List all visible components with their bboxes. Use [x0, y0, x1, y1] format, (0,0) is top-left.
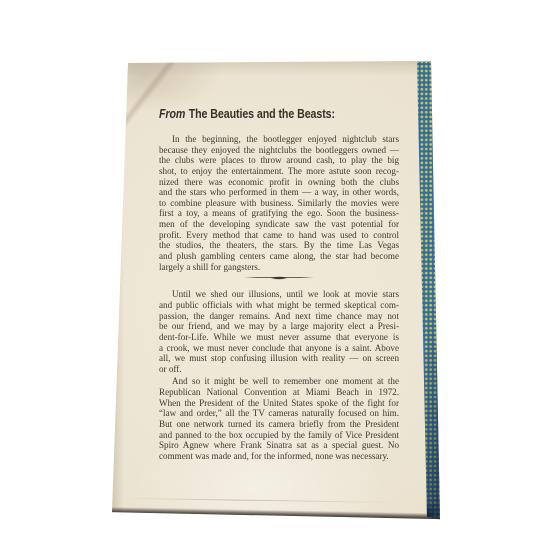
photo-scene: FromThe Beauties and the Beasts: In the … — [0, 0, 533, 533]
text-line: Until we shed our illusions, until we lo… — [159, 289, 399, 300]
text-line: the clubs were places to throw around ca… — [159, 155, 399, 166]
text-line-content: When the President of the United States … — [159, 398, 399, 409]
section-divider — [244, 276, 314, 279]
text-line-content: passion, the danger remains. And next ti… — [159, 311, 399, 322]
text-line: passion, the danger remains. And next ti… — [159, 311, 399, 322]
text-line: first a toy, a means of gratifying the e… — [159, 208, 399, 219]
text-line-content: and plush gambling centers came along, t… — [159, 251, 399, 262]
text-line-content: to combine pleasure with business. Simil… — [159, 198, 399, 209]
heading-title: The Beauties and the Beasts: — [189, 107, 335, 121]
cover-speck — [111, 259, 113, 261]
text-line-content: a crook, we must never conclude that any… — [159, 343, 399, 354]
text-line-content: In the beginning, the bootlegger enjoyed… — [159, 134, 399, 145]
text-line-content: largely a shill for gangsters. — [159, 262, 260, 273]
blurb-heading-text: FromThe Beauties and the Beasts: — [159, 107, 335, 122]
heading-lead: From — [159, 107, 185, 121]
text-line: When the President of the United States … — [159, 398, 399, 409]
text-line: dent-for-Life. While we must never assum… — [159, 332, 399, 343]
text-line-content: be our friend, and we may by a large maj… — [159, 321, 399, 332]
cover-text: FromThe Beauties and the Beasts: In the … — [159, 107, 399, 462]
text-line: a crook, we must never conclude that any… — [159, 343, 399, 354]
paragraph-2: Until we shed our illusions, until we lo… — [159, 289, 399, 374]
text-line-content: first a toy, a means of gratifying the e… — [159, 208, 399, 219]
text-line-content: and panned to the box occupied by the fa… — [159, 430, 399, 441]
text-line: largely a shill for gangsters. — [159, 262, 399, 273]
text-line: Spiro Agnew where Frank Sinatra sat as a… — [159, 440, 399, 451]
text-line-content: and the stars who performed in them — a … — [159, 187, 399, 198]
text-line-content: Until we shed our illusions, until we lo… — [159, 289, 399, 300]
blurb-heading: FromThe Beauties and the Beasts: — [159, 107, 399, 122]
book-bottom-edge — [105, 507, 447, 521]
text-line: to combine pleasure with business. Simil… — [159, 198, 399, 209]
text-line-content: But one network turned its camera briefl… — [159, 419, 399, 430]
divider-diamond — [271, 276, 288, 279]
text-line: shot, to enjoy the entertainment. The mo… — [159, 166, 399, 177]
paragraph-3: And so it might be well to remember one … — [159, 376, 399, 461]
text-line-content: the studios, the theaters, the stars. By… — [159, 240, 399, 251]
text-line-content: Republican National Convention at Miami … — [159, 387, 399, 398]
text-line: all, we must stop confusing illusion wit… — [159, 353, 399, 364]
paragraph-1: In the beginning, the bootlegger enjoyed… — [159, 134, 399, 272]
text-line: because they enjoyed the nightclubs the … — [159, 145, 399, 156]
text-line-content: or off. — [159, 364, 182, 375]
text-line: the studios, the theaters, the stars. By… — [159, 240, 399, 251]
text-line: or off. — [159, 364, 399, 375]
text-line-content: nized there was economic profit in ownin… — [159, 177, 399, 188]
text-line: But one network turned its camera briefl… — [159, 419, 399, 430]
text-line-content: the clubs were places to throw around ca… — [159, 155, 399, 166]
text-line: Republican National Convention at Miami … — [159, 387, 399, 398]
text-line-content: shot, to enjoy the entertainment. The mo… — [159, 166, 399, 177]
text-line-content: all, we must stop confusing illusion wit… — [159, 353, 399, 364]
text-line: In the beginning, the bootlegger enjoyed… — [159, 134, 399, 145]
text-line-content: profit. Every method that came to hand w… — [159, 230, 399, 241]
text-line-content: “law and order,” all the TV cameras natu… — [159, 408, 399, 419]
text-line: profit. Every method that came to hand w… — [159, 230, 399, 241]
text-line: And so it might be well to remember one … — [159, 376, 399, 387]
text-line: “law and order,” all the TV cameras natu… — [159, 408, 399, 419]
cover-scuff — [121, 498, 411, 504]
text-line-content: And so it might be well to remember one … — [159, 376, 399, 387]
text-line: and panned to the box occupied by the fa… — [159, 430, 399, 441]
text-line: and the stars who performed in them — a … — [159, 187, 399, 198]
text-line-content: dent-for-Life. While we must never assum… — [159, 332, 399, 343]
text-line-content: men of the developing syndicate saw the … — [159, 219, 399, 230]
text-line: men of the developing syndicate saw the … — [159, 219, 399, 230]
text-line-content: Spiro Agnew where Frank Sinatra sat as a… — [159, 440, 399, 451]
text-line: and public officials with what might be … — [159, 300, 399, 311]
text-line: comment was made and, for the informed, … — [159, 451, 399, 462]
text-line: and plush gambling centers came along, t… — [159, 251, 399, 262]
text-line-content: because they enjoyed the nightclubs the … — [159, 145, 399, 156]
text-line: nized there was economic profit in ownin… — [159, 177, 399, 188]
text-line: be our friend, and we may by a large maj… — [159, 321, 399, 332]
text-line-content: and public officials with what might be … — [159, 300, 399, 311]
text-line-content: comment was made and, for the informed, … — [159, 451, 389, 462]
